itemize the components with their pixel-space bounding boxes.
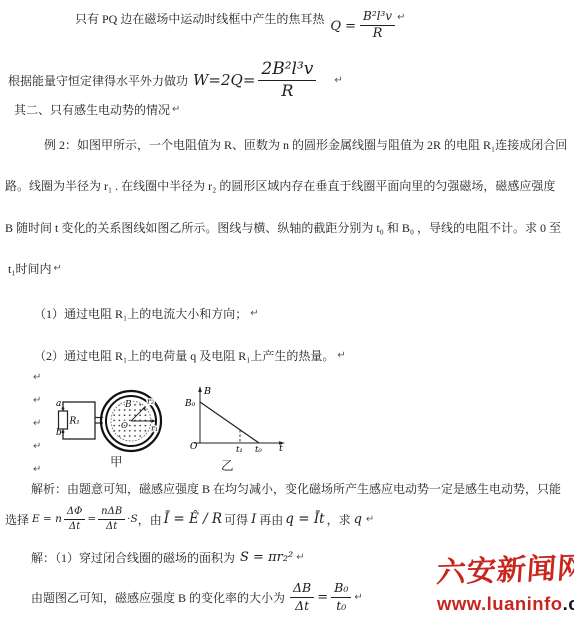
variable-charge-q: q [354, 512, 362, 527]
watermark-url-tld: .com [563, 593, 574, 614]
question-1: （1）通过电阻 R₁上的电流大小和方向； ↵ [34, 305, 259, 322]
example2-line3: B 随时间 t 变化的关系图线如图乙所示。图线与横、纵轴的截距分别为 t₀ 和 … [5, 219, 561, 236]
label-radius-r1: r₁ [151, 424, 158, 433]
terminal-b-dot [62, 431, 65, 434]
resistor-symbol [59, 411, 68, 429]
formula-rate-frac2-den: t₀ [336, 598, 346, 613]
paragraph-mark: ↵ [296, 552, 304, 563]
b-t-line [200, 402, 259, 443]
joule-heat-text: 只有 PQ 边在磁场中运动时线框中产生的焦耳热 [75, 10, 324, 27]
label-resistor-r1: R₁ [69, 417, 80, 427]
formula-q-fraction: B²l³v R [360, 10, 395, 42]
label-b0-intercept: B₀ [184, 399, 196, 409]
caption-yi: 乙 [221, 456, 234, 474]
formula-q-numerator: B²l³v [360, 10, 395, 26]
formula-e-frac2-num: nΔB [98, 506, 125, 520]
document-page: 只有 PQ 边在磁场中运动时线框中产生的焦耳热 Q = B²l³v R ↵ 根据… [0, 0, 574, 623]
watermark-logo: 六安新闻网 www.luaninfo.com [437, 548, 574, 615]
formula-rate-frac1-den: Δt [295, 598, 309, 613]
paragraph-mark: ↵ [172, 104, 180, 115]
formula-charge-q: q = Īt [285, 511, 324, 527]
formula-w-lhs: W=2Q= [193, 71, 255, 89]
formula-w-fraction: 2B²l³v R [258, 60, 316, 101]
label-terminal-a: a [56, 399, 61, 409]
analysis-line1: 解析：由题意可知，磁感应强度 B 在均匀减小，变化磁场所产生感应电动势一定是感生… [31, 480, 561, 497]
paragraph-mark: ↵ [33, 418, 41, 429]
formula-e-post: ·S [127, 513, 138, 525]
watermark-url-main: www.luaninfo [437, 593, 563, 614]
label-radius-r2: r₂ [147, 397, 154, 406]
formula-q-denominator: R [373, 26, 383, 42]
formula-q-lhs: Q = [330, 19, 356, 34]
paragraph-mark: ↵ [33, 464, 41, 475]
question-2-text: （2）通过电阻 R₁上的电荷量 q 及电阻 R₁上产生的热量。 [34, 347, 334, 364]
formula-e-lhs: E = n [32, 513, 62, 525]
analysis-mid4-text: ，求 [327, 511, 351, 528]
formula-rate-frac1-num: ΔB [290, 581, 314, 597]
analysis-select-text: 选择 [5, 511, 29, 528]
formula-rate-fraction2: B₀ t₀ [331, 581, 351, 613]
example2-line4: t₁时间内 ↵ [8, 260, 62, 277]
analysis-mid3-text: 再由 [259, 511, 283, 528]
paragraph-mark: ↵ [54, 263, 62, 274]
formula-area: S = πr₂² [240, 550, 293, 565]
label-t1-tick: t₁ [236, 445, 243, 455]
variable-current-i: I [251, 512, 256, 527]
section-title: 其二、只有感生电动势的情况 [14, 101, 170, 118]
paragraph-mark: ↵ [250, 308, 258, 319]
label-o-center: O [121, 421, 128, 431]
formula-rate-equals: = [317, 590, 328, 605]
solution-line1: 解：（1）穿过闭合线圈的磁场的面积为 S = πr₂² ↵ [31, 549, 305, 566]
label-t0-tick: t₀ [255, 445, 262, 455]
solution-rate-text: 由题图乙可知，磁感应强度 B 的变化率的大小为 [31, 589, 285, 606]
label-o-origin: O [190, 442, 198, 452]
formula-e-frac2-den: Δt [106, 520, 117, 533]
paragraph-mark: ↵ [33, 395, 41, 406]
label-b-axis: B [203, 386, 211, 397]
solution-area-text: 解：（1）穿过闭合线圈的磁场的面积为 [31, 549, 235, 566]
energy-conservation-text: 根据能量守恒定律得水平外力做功 [8, 72, 188, 89]
watermark-brand: 六安新闻网 [435, 546, 574, 592]
formula-w-numerator: 2B²l³v [258, 60, 316, 82]
heading-section-2: 其二、只有感生电动势的情况 ↵ [14, 101, 180, 118]
line-energy-conservation: 根据能量守恒定律得水平外力做功 W=2Q= 2B²l³v R ↵ [8, 56, 343, 104]
terminal-a-dot [62, 407, 65, 410]
solution-line2: 由题图乙可知，磁感应强度 B 的变化率的大小为 ΔB Δt = B₀ t₀ ↵ [31, 575, 363, 619]
watermark-url: www.luaninfo.com [437, 593, 574, 615]
example2-line2: 路。线圈为半径为 r₁ . 在线圈中半径为 r₂ 的圆形区域内存在垂直于线圈平面… [5, 177, 555, 194]
formula-rate-frac2-num: B₀ [331, 581, 351, 597]
paragraph-mark: ↵ [334, 75, 342, 86]
formula-e-frac1-num: ΔΦ [64, 506, 85, 520]
caption-jia: 甲 [110, 452, 123, 470]
analysis-mid1-text: ，由 [138, 511, 162, 528]
formula-e-fraction2: nΔB Δt [98, 506, 125, 532]
figure-yi-graph: B B₀ O t₁ t₀ t [182, 383, 292, 456]
paragraph-mark: ↵ [354, 592, 362, 603]
paragraph-mark: ↵ [397, 12, 405, 23]
paragraph-mark: ↵ [33, 372, 41, 383]
formula-e-fraction1: ΔΦ Δt [64, 506, 85, 532]
formula-rate-fraction1: ΔB Δt [290, 581, 314, 613]
line-joule-heat: 只有 PQ 边在磁场中运动时线框中产生的焦耳热 Q = B²l³v R ↵ [75, 6, 405, 46]
figure-jia-circuit: a b R₁ B O r₂ r₁ [55, 382, 170, 457]
question-2: （2）通过电阻 R₁上的电荷量 q 及电阻 R₁上产生的热量。 ↵ [34, 347, 346, 364]
formula-e-equals: = [87, 513, 96, 525]
paragraph-mark: ↵ [33, 441, 41, 452]
paragraph-mark: ↵ [337, 350, 345, 361]
label-b-field: B [124, 400, 132, 410]
formula-avg-current: Ī = Ê / R [164, 511, 222, 527]
example2-line1: 例 2：如图甲所示，一个电阻值为 R、匝数为 n 的圆形金属线圈与阻值为 2R … [44, 136, 567, 153]
y-axis-arrowhead [198, 386, 202, 392]
analysis-line2: 选择 E = n ΔΦ Δt = nΔB Δt ·S ，由 Ī = Ê / R … [5, 503, 374, 535]
label-t-axis: t [279, 443, 283, 454]
paragraph-mark: ↵ [366, 514, 374, 525]
example2-line4-text: t₁时间内 [8, 260, 52, 277]
question-1-text: （1）通过电阻 R₁上的电流大小和方向； [34, 305, 247, 322]
formula-w-denominator: R [281, 81, 293, 100]
analysis-mid2-text: 可得 [224, 511, 248, 528]
formula-e-frac1-den: Δt [69, 520, 80, 533]
label-terminal-b: b [56, 428, 62, 438]
